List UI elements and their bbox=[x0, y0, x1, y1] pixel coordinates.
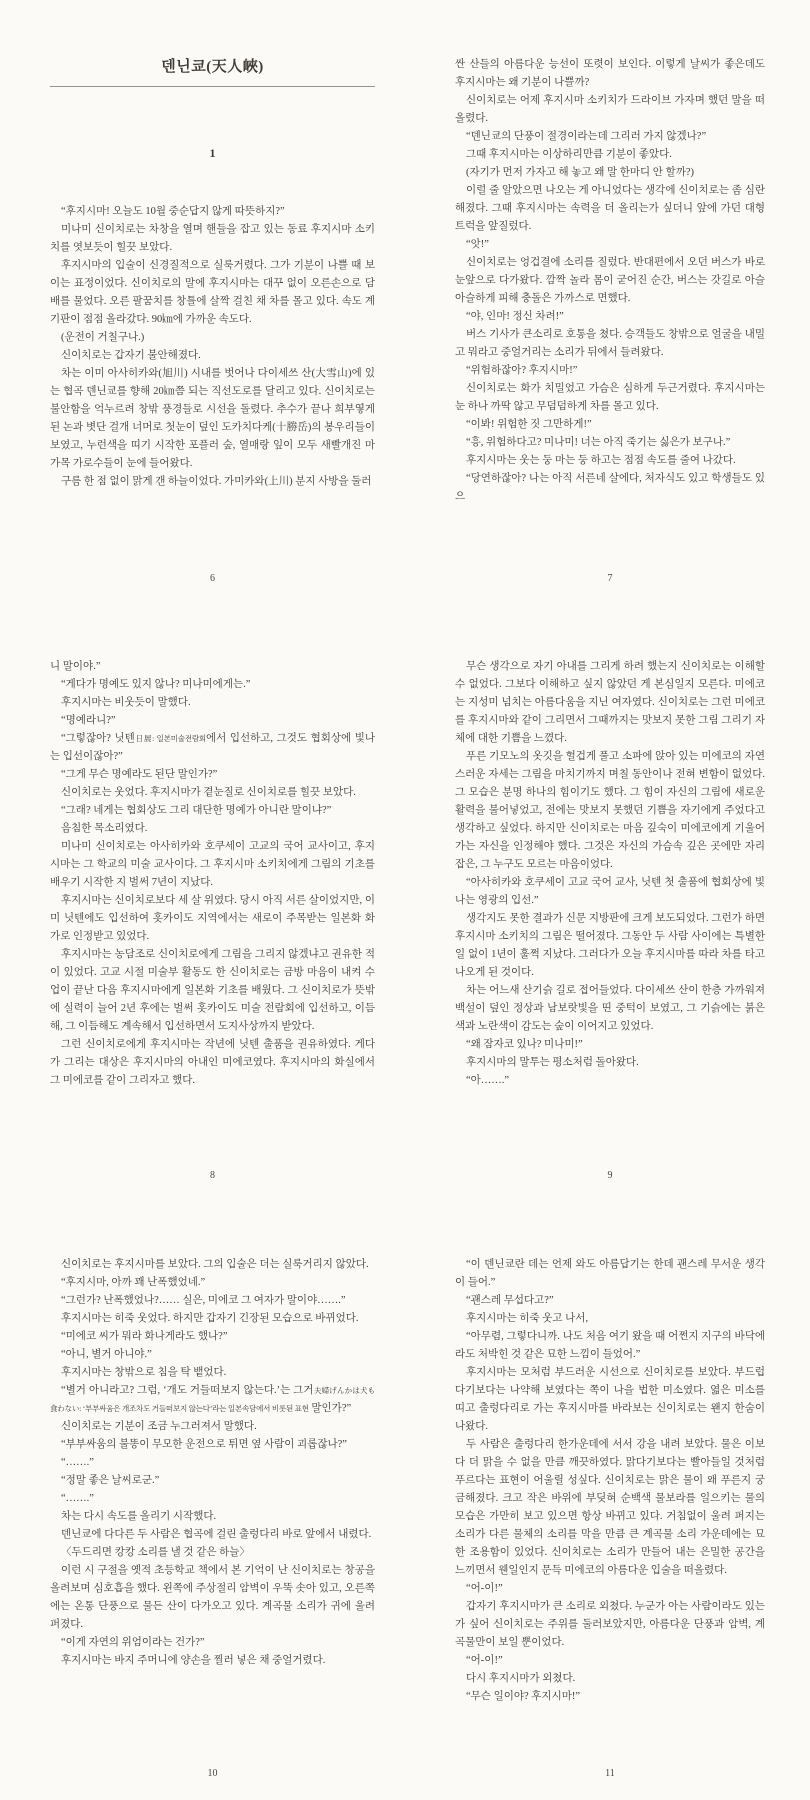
paragraph: “흥, 위험하다고? 미나미! 너는 아직 죽기는 싫은가 보구나.” bbox=[455, 434, 765, 452]
paragraph: “아니, 별거 아니야.” bbox=[50, 1346, 375, 1364]
book-title: 덴닌쿄(天人峽) bbox=[50, 56, 375, 78]
book-page: “이 덴닌쿄란 데는 언제 와도 아름답기는 한데 괜스레 무서운 생각이 들어… bbox=[455, 1240, 765, 1785]
paragraph: 〈두드리면 캉캉 소리를 낼 것 같은 하늘〉 bbox=[50, 1544, 375, 1562]
paragraph: “어-이!” bbox=[455, 1580, 765, 1598]
paragraph: “별거 아니라고? 그럼, ‘개도 거들떠보지 않는다.’는 그거夫婦げんかは犬… bbox=[50, 1382, 375, 1418]
paragraph: “야, 인마! 정신 차려!” bbox=[455, 308, 765, 326]
paragraph: 무슨 생각으로 자기 아내를 그리게 하려 했는지 신이치로는 이해할 수 없었… bbox=[455, 658, 765, 748]
paragraph: 이런 시 구절을 옛적 초등학교 책에서 본 기억이 난 신이치로는 창공을 올… bbox=[50, 1562, 375, 1634]
paragraph: 신이치로는 화가 치밀었고 가슴은 심하게 두근거렸다. 후지시마는 눈 하나 … bbox=[455, 380, 765, 416]
book-page: 신이치로는 후지시마를 보았다. 그의 입술은 더는 실룩거리지 않았다.“후지… bbox=[50, 1240, 375, 1785]
paragraph: “아무렴, 그렇다니까. 나도 처음 여기 왔을 때 어쩐지 지구의 바닥에라도… bbox=[455, 1328, 765, 1364]
paragraph: 후지시마는 바지 주머니에 양손을 찔러 넣은 채 중얼거렸다. bbox=[50, 1652, 375, 1670]
paragraph: “부부싸움의 불똥이 무모한 운전으로 튀면 옆 사람이 괴롭잖나?” bbox=[50, 1436, 375, 1454]
text-run: “그렇잖아? 닛텐 bbox=[61, 733, 135, 744]
paragraph: 그런 신이치로에게 후지시마는 작년에 닛텐 출품을 권유하였다. 게다가 그리… bbox=[50, 1036, 375, 1090]
paragraph: 후지시마의 말투는 평소처럼 돌아왔다. bbox=[455, 1054, 765, 1072]
paragraph: 후지시마는 비웃듯이 말했다. bbox=[50, 694, 375, 712]
paragraph: “그게 무슨 명예라도 된단 말인가?” bbox=[50, 766, 375, 784]
paragraph: “위험하잖아? 후지시마!” bbox=[455, 362, 765, 380]
page-number: 6 bbox=[50, 572, 375, 590]
paragraph: “후지시마! 오늘도 10월 중순답지 않게 따뜻하지?” bbox=[50, 203, 375, 221]
paragraph: 생각지도 못한 결과가 신문 지방판에 크게 보도되었다. 그런가 하면 후지시… bbox=[455, 910, 765, 982]
paragraph: 후지시마의 입술이 신경질적으로 실룩거렸다. 그가 기분이 나쁠 때 보이는 … bbox=[50, 257, 375, 329]
paragraph: 후지시마는 농담조로 신이치로에게 그림을 그리지 않겠냐고 권유한 적이 있었… bbox=[50, 946, 375, 1036]
paragraph: 푸른 기모노의 옷깃을 헐겁게 풀고 소파에 앉아 있는 미에코의 자연스러운 … bbox=[455, 748, 765, 874]
paragraph: “어-이!” bbox=[455, 1652, 765, 1670]
page-text: “후지시마! 오늘도 10월 중순답지 않게 따뜻하지?”미나미 신이치로는 차… bbox=[50, 203, 375, 572]
paragraph: (운전이 거칠구나.) bbox=[50, 329, 375, 347]
title-divider bbox=[50, 86, 375, 87]
inline-annotation: 日展: 일본미술전람회 bbox=[135, 734, 206, 743]
chapter-header: 덴닌쿄(天人峽) 1 bbox=[50, 56, 375, 203]
paragraph: “이게 자연의 위엄이라는 건가?” bbox=[50, 1634, 375, 1652]
paragraph: 다시 후지시마가 외쳤다. bbox=[455, 1670, 765, 1688]
page-number: 7 bbox=[455, 572, 765, 590]
paragraph: 차는 다시 속도를 올리기 시작했다. bbox=[50, 1508, 375, 1526]
paragraph: 니 말이야.” bbox=[50, 658, 375, 676]
text-run: 말인가?” bbox=[309, 1403, 351, 1414]
paragraph: 신이치로는 기분이 조금 누그러져서 말했다. bbox=[50, 1418, 375, 1436]
page-text: “이 덴닌쿄란 데는 언제 와도 아름답기는 한데 괜스레 무서운 생각이 들어… bbox=[455, 1256, 765, 1767]
paragraph: “괜스레 무섭다고?” bbox=[455, 1292, 765, 1310]
paragraph: “미에코 씨가 뭐라 화나게라도 했나?” bbox=[50, 1328, 375, 1346]
book-page: 무슨 생각으로 자기 아내를 그리게 하려 했는지 신이치로는 이해할 수 없었… bbox=[455, 642, 765, 1187]
paragraph: 후지시마는 창밖으로 침을 탁 뱉었다. bbox=[50, 1364, 375, 1382]
paragraph: 갑자기 후지시마가 큰 소리로 외쳤다. 누군가 아는 사람이라도 있는가 싶어… bbox=[455, 1598, 765, 1652]
paragraph: “게다가 명예도 있지 않나? 미나미에게는.” bbox=[50, 676, 375, 694]
paragraph: 덴닌쿄에 다다른 두 사람은 협곡에 걸린 출렁다리 바로 앞에서 내렸다. bbox=[50, 1526, 375, 1544]
paragraph: “덴닌쿄의 단풍이 절경이라는데 그리러 가지 않겠나?” bbox=[455, 128, 765, 146]
paragraph: 음침한 목소리였다. bbox=[50, 820, 375, 838]
paragraph: 미나미 신이치로는 아사히카와 호쿠세이 고교의 국어 교사이고, 후지시마는 … bbox=[50, 838, 375, 892]
paragraph: “정말 좋은 날씨로군.” bbox=[50, 1472, 375, 1490]
paragraph: 차는 어느새 산기슭 길로 접어들었다. 다이세쓰 산이 한층 가까워져 백설이… bbox=[455, 982, 765, 1036]
paragraph: “당연하잖아? 나는 아직 서른네 살에다, 처자식도 있고 학생들도 있으 bbox=[455, 470, 765, 506]
paragraph: 후지시마는 히죽 웃었다. 하지만 갑자기 긴장된 모습으로 바뀌었다. bbox=[50, 1310, 375, 1328]
paragraph: 이럴 줄 알았으면 나오는 게 아니었다는 생각에 신이치로는 좀 심란해졌다.… bbox=[455, 182, 765, 236]
paragraph: “무슨 일이야? 후지시마!” bbox=[455, 1688, 765, 1706]
paragraph: “앗!” bbox=[455, 236, 765, 254]
paragraph: “이 덴닌쿄란 데는 언제 와도 아름답기는 한데 괜스레 무서운 생각이 들어… bbox=[455, 1256, 765, 1292]
page-text: 니 말이야.”“게다가 명예도 있지 않나? 미나미에게는.”후지시마는 비웃듯… bbox=[50, 658, 375, 1169]
paragraph: 차는 이미 아사히카와(旭川) 시내를 벗어나 다이세쓰 산(大雪山)에 있는 … bbox=[50, 365, 375, 473]
paragraph: 신이치로는 갑자기 불안해졌다. bbox=[50, 347, 375, 365]
paragraph: 후지시마는 웃는 둥 마는 둥 하고는 점점 속도를 줄여 나갔다. bbox=[455, 452, 765, 470]
paragraph: 구름 한 점 없이 맑게 갠 하늘이었다. 가미카와(上川) 분지 사방을 둘러 bbox=[50, 473, 375, 491]
page-text: 싼 산들의 아름다운 능선이 또렷이 보인다. 이렇게 날씨가 좋은데도 후지시… bbox=[455, 56, 765, 572]
page-number: 8 bbox=[50, 1169, 375, 1187]
book-page: 니 말이야.”“게다가 명예도 있지 않나? 미나미에게는.”후지시마는 비웃듯… bbox=[50, 642, 375, 1187]
paragraph: 신이치로는 엉겁결에 소리를 질렀다. 반대편에서 오던 버스가 바로 눈앞으로… bbox=[455, 254, 765, 308]
paragraph: 신이치로는 웃었다. 후지시마가 곁눈질로 신이치로를 힐끗 보았다. bbox=[50, 784, 375, 802]
book-page: 싼 산들의 아름다운 능선이 또렷이 보인다. 이렇게 날씨가 좋은데도 후지시… bbox=[455, 40, 765, 590]
paragraph: 후지시마는 신이치로보다 세 살 위였다. 당시 아직 서른 살이었지만, 이미… bbox=[50, 892, 375, 946]
chapter-number: 1 bbox=[50, 145, 375, 161]
paragraph: “그런가? 난폭했었나?…… 실은, 미에코 그 여자가 말이야…….” bbox=[50, 1292, 375, 1310]
paragraph: “…….” bbox=[50, 1490, 375, 1508]
paragraph: 신이치로는 어제 후지시마 소키치가 드라이브 가자며 했던 말을 떠올렸다. bbox=[455, 92, 765, 128]
paragraph: 미나미 신이치로는 차창을 열며 핸들을 잡고 있는 동료 후지시마 소키치를 … bbox=[50, 221, 375, 257]
paragraph: 후지시마는 모처럼 부드러운 시선으로 신이치로를 보았다. 부드럽다기보다는 … bbox=[455, 1364, 765, 1436]
paragraph: “명예라니?” bbox=[50, 712, 375, 730]
paragraph: “아…….” bbox=[455, 1072, 765, 1090]
paragraph: “그렇잖아? 닛텐日展: 일본미술전람회에서 입선하고, 그것도 협회상에 빛나… bbox=[50, 730, 375, 766]
paragraph: 싼 산들의 아름다운 능선이 또렷이 보인다. 이렇게 날씨가 좋은데도 후지시… bbox=[455, 56, 765, 92]
paragraph: “후지시마, 아까 꽤 난폭했었네.” bbox=[50, 1274, 375, 1292]
paragraph: 버스 기사가 큰소리로 호통을 쳤다. 승객들도 창밖으로 얼굴을 내밀고 뭐라… bbox=[455, 326, 765, 362]
page-text: 신이치로는 후지시마를 보았다. 그의 입술은 더는 실룩거리지 않았다.“후지… bbox=[50, 1256, 375, 1767]
paragraph: “왜 잠자코 있나? 미나미!” bbox=[455, 1036, 765, 1054]
text-run: “별거 아니라고? 그럼, ‘개도 거들떠보지 않는다.’는 그거 bbox=[61, 1385, 314, 1396]
paragraph: 후지시마는 히죽 웃고 나서, bbox=[455, 1310, 765, 1328]
paragraph: “이봐! 위험한 짓 그만하게!” bbox=[455, 416, 765, 434]
paragraph: “…….” bbox=[50, 1454, 375, 1472]
paragraph: (자기가 먼저 가자고 해 놓고 왜 말 한마디 안 할까?) bbox=[455, 164, 765, 182]
page-number: 9 bbox=[455, 1169, 765, 1187]
paragraph: “그래? 네게는 협회상도 그리 대단한 명예가 아니란 말이냐?” bbox=[50, 802, 375, 820]
paragraph: 그때 후지시마는 이상하리만큼 기분이 좋았다. bbox=[455, 146, 765, 164]
paragraph: 신이치로는 후지시마를 보았다. 그의 입술은 더는 실룩거리지 않았다. bbox=[50, 1256, 375, 1274]
page-number: 11 bbox=[455, 1767, 765, 1785]
paragraph: “아사히카와 호쿠세이 고교 국어 교사, 닛텐 첫 출품에 협회상에 빛나는 … bbox=[455, 874, 765, 910]
paragraph: 두 사람은 출렁다리 한가운데에 서서 강을 내려 보았다. 물은 이보다 더 … bbox=[455, 1436, 765, 1580]
page-text: 무슨 생각으로 자기 아내를 그리게 하려 했는지 신이치로는 이해할 수 없었… bbox=[455, 658, 765, 1169]
book-page: 덴닌쿄(天人峽) 1 “후지시마! 오늘도 10월 중순답지 않게 따뜻하지?”… bbox=[50, 40, 375, 590]
page-number: 10 bbox=[50, 1767, 375, 1785]
